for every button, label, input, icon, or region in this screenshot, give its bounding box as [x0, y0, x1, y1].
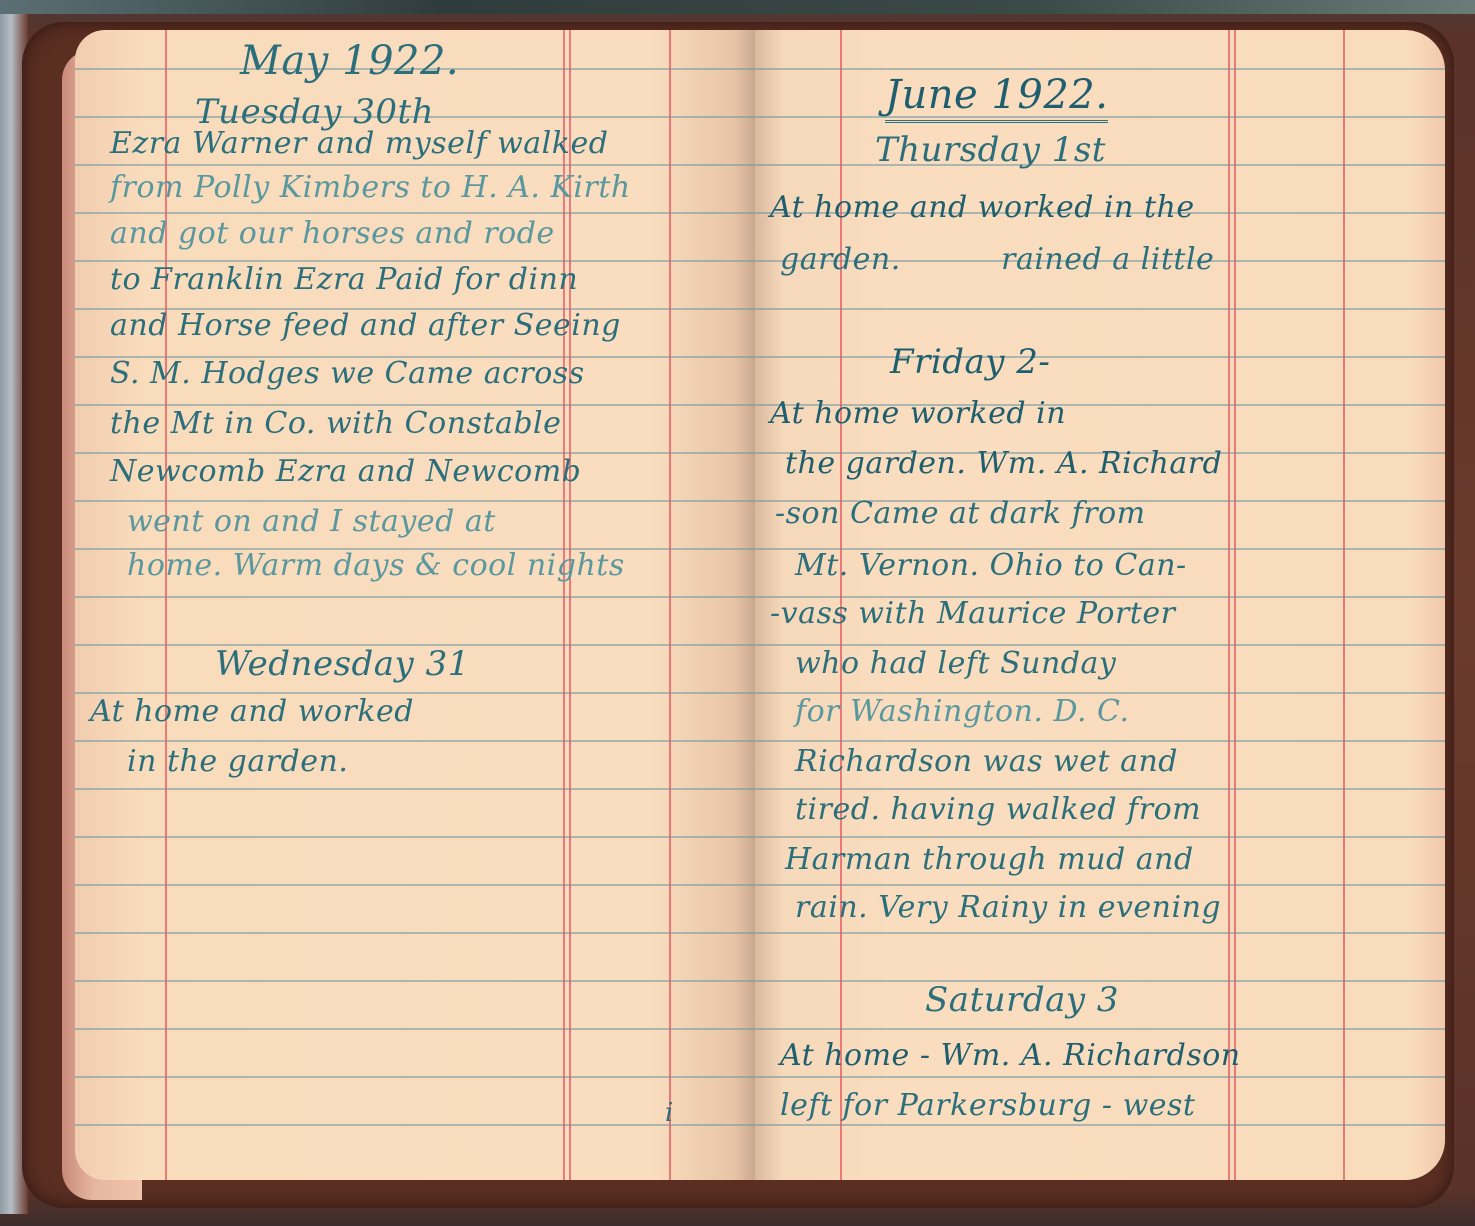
- diary-line: -vass with Maurice Porter: [770, 596, 1175, 631]
- day-heading: Saturday 3: [925, 980, 1119, 1020]
- diary-line: home. Warm days & cool nights: [127, 548, 625, 583]
- diary-line: At home and worked: [90, 694, 414, 729]
- stray-ink-mark: i: [665, 1098, 673, 1128]
- diary-line: Newcomb Ezra and Newcomb: [110, 454, 581, 489]
- diary-line: who had left Sunday: [795, 646, 1116, 681]
- diary-line: garden. rained a little: [780, 242, 1214, 277]
- diary-line: to Franklin Ezra Paid for dinn: [110, 262, 578, 297]
- column-line: [669, 30, 671, 1180]
- diary-line: tired. having walked from: [795, 792, 1201, 827]
- column-line: [1228, 30, 1230, 1180]
- diary-line: and got our horses and rode: [110, 216, 555, 251]
- column-line: [1343, 30, 1345, 1180]
- diary-line: from Polly Kimbers to H. A. Kirth: [110, 170, 631, 205]
- right-page: June 1922. Thursday 1st At home and work…: [755, 30, 1445, 1180]
- diary-line: in the garden.: [127, 744, 348, 779]
- diary-line: and Horse feed and after Seeing: [110, 308, 621, 343]
- diary-line: Harman through mud and: [785, 842, 1194, 877]
- diary-line: At home and worked in the: [770, 190, 1195, 225]
- diary-line: Ezra Warner and myself walked: [110, 126, 608, 161]
- day-heading: Friday 2-: [890, 342, 1050, 382]
- diary-line: rain. Very Rainy in evening: [795, 890, 1221, 925]
- diary-line: Richardson was wet and: [795, 744, 1178, 779]
- diary-line: left for Parkersburg - west: [780, 1088, 1195, 1123]
- notebook-scan: May 1922. Tuesday 30th Ezra Warner and m…: [0, 0, 1475, 1226]
- diary-line: Mt. Vernon. Ohio to Can-: [795, 548, 1187, 583]
- diary-line: -son Came at dark from: [775, 496, 1146, 531]
- diary-line: went on and I stayed at: [127, 504, 496, 539]
- left-page: May 1922. Tuesday 30th Ezra Warner and m…: [75, 30, 755, 1180]
- month-header-text: June 1922.: [885, 72, 1108, 123]
- day-heading: Thursday 1st: [875, 130, 1106, 170]
- diary-line: the garden. Wm. A. Richard: [785, 446, 1222, 481]
- month-header: June 1922.: [885, 72, 1108, 118]
- diary-line: S. M. Hodges we Came across: [110, 356, 585, 391]
- cover-top-edge: [0, 0, 1475, 14]
- diary-line: At home - Wm. A. Richardson: [780, 1038, 1241, 1073]
- diary-line: for Washington. D. C.: [795, 694, 1129, 729]
- day-heading: Wednesday 31: [215, 644, 470, 684]
- column-line: [1234, 30, 1236, 1180]
- month-header: May 1922.: [240, 38, 459, 84]
- diary-line: At home worked in: [770, 396, 1066, 431]
- diary-line: the Mt in Co. with Constable: [110, 406, 561, 441]
